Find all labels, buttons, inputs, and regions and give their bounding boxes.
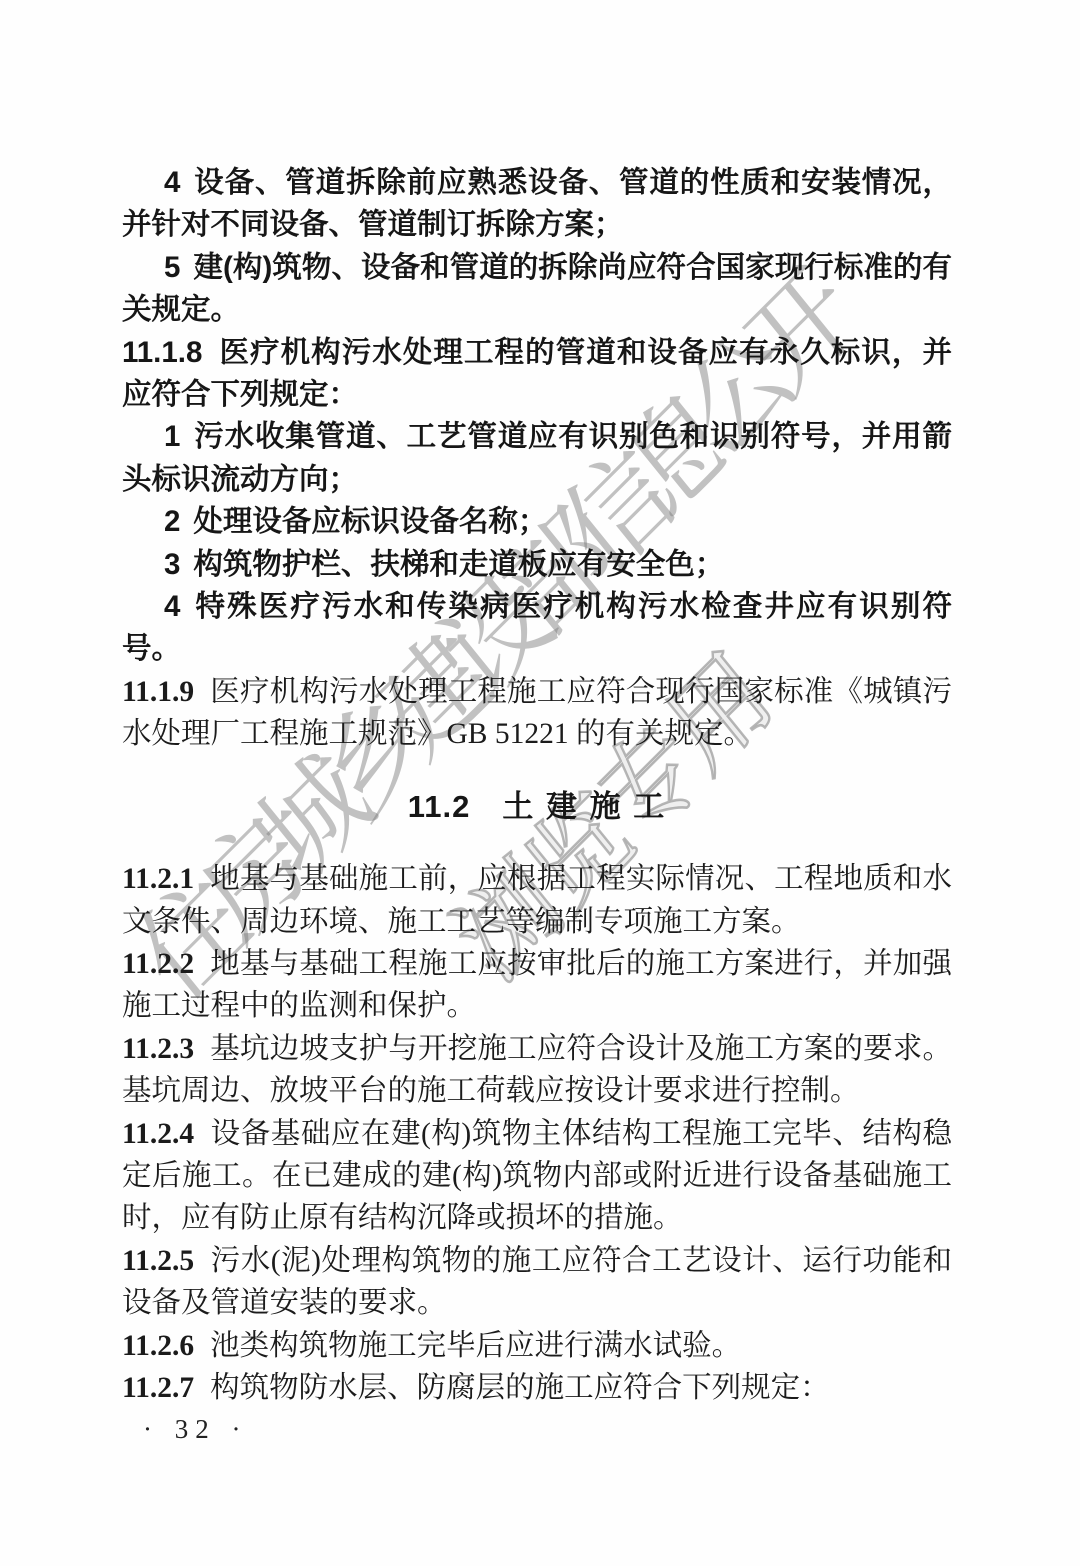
item-number: 5: [164, 251, 180, 284]
clause-text: 构筑物防水层、防腐层的施工应符合下列规定：: [210, 1372, 830, 1404]
section-title: 土 建 施 工: [502, 789, 666, 824]
item-text: 建(构)筑物、设备和管道的拆除尚应符合国家现行标准的有关规定。: [122, 251, 952, 326]
item-text: 处理设备应标识设备名称；: [193, 505, 547, 538]
clause-paragraph: 11.2.1地基与基础施工前，应根据工程实际情况、工程地质和水文条件、周边环境、…: [122, 858, 952, 943]
clause-number: 11.2.6: [122, 1330, 194, 1362]
clause-paragraph: 11.2.3基坑边坡支护与开挖施工应符合设计及施工方案的要求。基坑周边、放坡平台…: [122, 1028, 952, 1113]
section-heading: 11.2土 建 施 工: [122, 786, 952, 828]
clause-paragraph: 11.1.8医疗机构污水处理工程的管道和设备应有永久标识，并应符合下列规定：: [122, 332, 952, 417]
list-item: 4特殊医疗污水和传染病医疗机构污水检查井应有识别符号。: [122, 586, 952, 671]
item-text: 设备、管道拆除前应熟悉设备、管道的性质和安装情况，并针对不同设备、管道制订拆除方…: [122, 166, 952, 241]
clause-number: 11.2.3: [122, 1033, 194, 1065]
item-text: 特殊医疗污水和传染病医疗机构污水检查井应有识别符号。: [122, 590, 952, 665]
clause-text: 医疗机构污水处理工程的管道和设备应有永久标识，并应符合下列规定：: [122, 336, 952, 411]
clause-paragraph: 11.2.2地基与基础工程施工应按审批后的施工方案进行，并加强施工过程中的监测和…: [122, 943, 952, 1028]
clause-number: 11.2.1: [122, 863, 194, 895]
clause-paragraph: 11.2.7构筑物防水层、防腐层的施工应符合下列规定：: [122, 1367, 952, 1409]
clause-number: 11.2.2: [122, 948, 194, 980]
clause-paragraph: 11.2.6池类构筑物施工完毕后应进行满水试验。: [122, 1325, 952, 1367]
clause-text: 地基与基础工程施工应按审批后的施工方案进行，并加强施工过程中的监测和保护。: [122, 948, 952, 1022]
item-text: 污水收集管道、工艺管道应有识别色和识别符号，并用箭头标识流动方向；: [122, 420, 952, 495]
clause-number: 11.2.5: [122, 1245, 194, 1277]
document-page: 住房城乡建设部信息公开 浏览专用 4设备、管道拆除前应熟悉设备、管道的性质和安装…: [0, 0, 1080, 1566]
list-item: 2处理设备应标识设备名称；: [122, 501, 952, 543]
clause-number: 11.1.9: [122, 676, 194, 708]
item-number: 1: [164, 420, 180, 453]
item-number: 2: [164, 505, 180, 538]
clause-text: 医疗机构污水处理工程施工应符合现行国家标准《城镇污水处理厂工程施工规范》GB 5…: [122, 676, 952, 750]
clause-paragraph: 11.2.4设备基础应在建(构)筑物主体结构工程施工完毕、结构稳定后施工。在已建…: [122, 1113, 952, 1240]
clause-text: 设备基础应在建(构)筑物主体结构工程施工完毕、结构稳定后施工。在已建成的建(构)…: [122, 1118, 952, 1235]
clause-text: 池类构筑物施工完毕后应进行满水试验。: [210, 1330, 741, 1362]
clause-number: 11.1.8: [122, 336, 202, 369]
clause-text: 地基与基础施工前，应根据工程实际情况、工程地质和水文条件、周边环境、施工工艺等编…: [122, 863, 952, 937]
item-number: 4: [164, 590, 180, 623]
clause-paragraph: 11.1.9医疗机构污水处理工程施工应符合现行国家标准《城镇污水处理厂工程施工规…: [122, 671, 952, 756]
list-item: 1污水收集管道、工艺管道应有识别色和识别符号，并用箭头标识流动方向；: [122, 416, 952, 501]
clause-paragraph: 11.2.5污水(泥)处理构筑物的施工应符合工艺设计、运行功能和设备及管道安装的…: [122, 1240, 952, 1325]
item-text: 构筑物护栏、扶梯和走道板应有安全色；: [193, 548, 724, 581]
clause-number: 11.2.7: [122, 1372, 194, 1404]
document-content: 4设备、管道拆除前应熟悉设备、管道的性质和安装情况，并针对不同设备、管道制订拆除…: [122, 162, 952, 1409]
page-number: · 32 ·: [143, 1414, 247, 1445]
section-number: 11.2: [408, 789, 471, 824]
list-item: 5建(构)筑物、设备和管道的拆除尚应符合国家现行标准的有关规定。: [122, 247, 952, 332]
item-number: 4: [164, 166, 180, 199]
list-item: 4设备、管道拆除前应熟悉设备、管道的性质和安装情况，并针对不同设备、管道制订拆除…: [122, 162, 952, 247]
clause-text: 基坑边坡支护与开挖施工应符合设计及施工方案的要求。基坑周边、放坡平台的施工荷载应…: [122, 1033, 952, 1107]
list-item: 3构筑物护栏、扶梯和走道板应有安全色；: [122, 544, 952, 586]
item-number: 3: [164, 548, 180, 581]
clause-text: 污水(泥)处理构筑物的施工应符合工艺设计、运行功能和设备及管道安装的要求。: [122, 1245, 952, 1319]
clause-number: 11.2.4: [122, 1118, 194, 1150]
